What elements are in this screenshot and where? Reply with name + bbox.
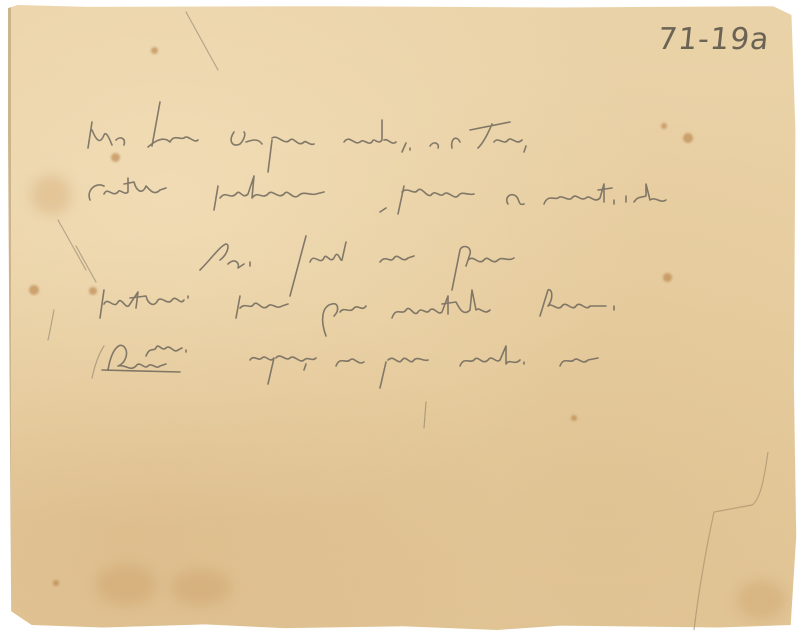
foxing-spot: [663, 273, 672, 282]
foxing-spot: [683, 133, 693, 143]
foxing-spot: [571, 415, 577, 421]
foxing-spot: [661, 123, 667, 129]
water-stain: [31, 175, 71, 215]
foxing-spot: [29, 285, 39, 295]
paper-sheet: [8, 5, 797, 630]
foxing-spot: [111, 153, 120, 162]
water-stain: [736, 580, 786, 620]
catalog-number: 71-19a: [657, 22, 772, 57]
foxing-spot: [53, 580, 59, 586]
water-stain: [171, 570, 231, 605]
foxing-spot: [89, 287, 97, 295]
water-stain: [96, 565, 156, 605]
foxing-spot: [151, 47, 158, 54]
